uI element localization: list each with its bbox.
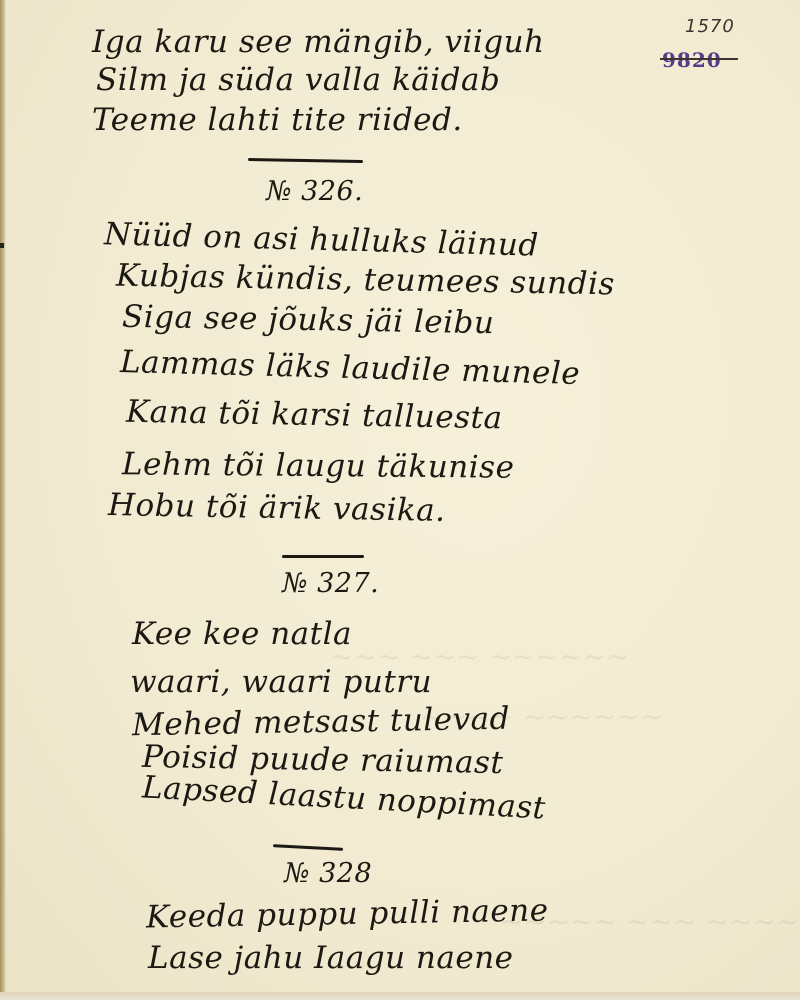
verse-line: Siga see jõuks jäi leibu bbox=[122, 299, 495, 341]
verse-line: Keeda puppu pulli naene bbox=[146, 892, 549, 935]
poem-number: № 328 bbox=[284, 858, 372, 889]
archive-number-current: 1570 bbox=[685, 16, 735, 37]
verse-line: Kee kee natla bbox=[132, 616, 352, 652]
poem-number: № 326. bbox=[266, 176, 363, 207]
page-bottom-edge bbox=[0, 992, 800, 1000]
verse-line: Kana tõi karsi talluesta bbox=[126, 394, 503, 437]
verse-line: waari, waari putru bbox=[130, 664, 432, 700]
verse-line: Lehm tõi laugu täkunise bbox=[122, 446, 515, 485]
section-divider bbox=[282, 555, 364, 558]
section-divider bbox=[273, 844, 343, 851]
verse-line: Hobu tõi ärik vasika. bbox=[108, 487, 446, 529]
verse-line: Lammas läks laudile munele bbox=[120, 344, 581, 392]
section-divider bbox=[248, 158, 363, 163]
verse-line: Silm ja süda valla käidab bbox=[96, 62, 500, 98]
verse-line: Mehed metsast tulevad bbox=[132, 701, 511, 744]
poem-number: № 327. bbox=[282, 568, 379, 599]
verse-line: Kubjas kündis, teumees sundis bbox=[116, 258, 615, 303]
verse-line: Lase jahu Iaagu naene bbox=[148, 940, 514, 976]
strikethrough-line bbox=[660, 58, 738, 60]
binding-mark bbox=[0, 243, 4, 248]
verse-line: Nüüd on asi hulluks läinud bbox=[104, 216, 540, 263]
manuscript-page: ~~~ ~~~ ~~~~~~ ~~~~ ~~~~~~ ~~~~~ ~~~ ~~~… bbox=[0, 0, 800, 1000]
verse-line: Iga karu see mängib, viiguh bbox=[92, 24, 545, 60]
archive-number-struck: 9820 bbox=[662, 48, 722, 72]
verse-line: Teeme lahti tite riided. bbox=[92, 102, 463, 138]
binding-edge bbox=[0, 0, 6, 1000]
